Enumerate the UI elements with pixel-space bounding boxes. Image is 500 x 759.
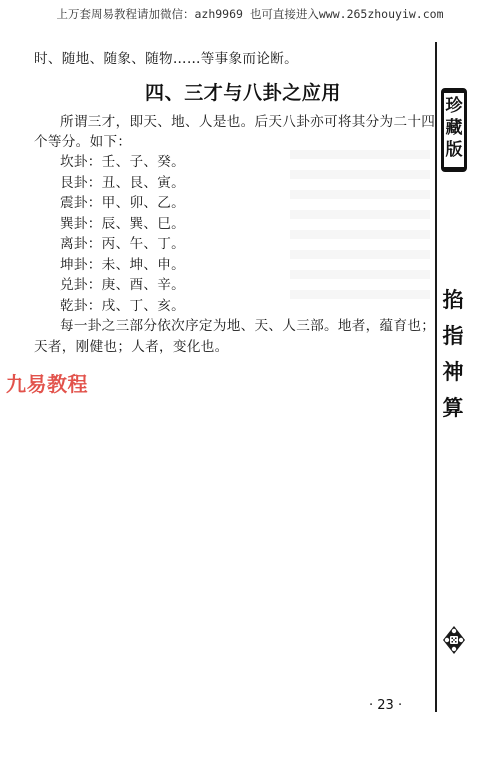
book-title-vertical: 掐 指 神 算 bbox=[440, 282, 466, 426]
watermark-banner: 上万套周易教程请加微信：azh9969 也可直接进入www.265zhouyiw… bbox=[0, 6, 500, 22]
endless-knot-ornament-icon bbox=[440, 625, 468, 655]
paper-bleed-through bbox=[290, 150, 430, 300]
book-title-char: 神 bbox=[440, 354, 466, 390]
margin-vertical-rule bbox=[435, 42, 437, 712]
page-number: · 23 · bbox=[369, 698, 402, 713]
edition-char: 藏 bbox=[444, 117, 464, 139]
book-title-char: 算 bbox=[440, 390, 466, 426]
trigram-line-zhen: 震卦：甲、卯、乙。 bbox=[60, 191, 185, 211]
edition-char: 版 bbox=[444, 139, 464, 161]
trigram-line-li: 离卦：丙、午、丁。 bbox=[60, 232, 185, 252]
book-title-char: 指 bbox=[440, 318, 466, 354]
trigram-line-kan: 坎卦：壬、子、癸。 bbox=[60, 150, 185, 170]
edition-label: 珍 藏 版 bbox=[444, 95, 464, 161]
closing-paragraph-line-2: 天者，刚健也；人者，变化也。 bbox=[34, 335, 229, 355]
intro-paragraph-line-2: 个等分。如下： bbox=[34, 130, 131, 150]
trigram-line-gen: 艮卦：丑、艮、寅。 bbox=[60, 171, 185, 191]
section-heading: 四、三才与八卦之应用 bbox=[145, 78, 341, 105]
edition-badge: 珍 藏 版 bbox=[441, 88, 467, 172]
watermark-logo-text: 九易教程 bbox=[6, 368, 88, 397]
trigram-line-dui: 兑卦：庚、酉、辛。 bbox=[60, 273, 185, 293]
trigram-line-xun: 巽卦：辰、巽、巳。 bbox=[60, 212, 185, 232]
trigram-line-qian: 乾卦：戌、丁、亥。 bbox=[60, 294, 185, 314]
trigram-line-kun: 坤卦：未、坤、申。 bbox=[60, 253, 185, 273]
edition-char: 珍 bbox=[444, 95, 464, 117]
continuation-text: 时、随地、随象、随物……等事象而论断。 bbox=[34, 47, 298, 67]
closing-paragraph-line-1: 每一卦之三部分依次序定为地、天、人三部。地者，蕴育也； bbox=[60, 314, 435, 334]
book-title-char: 掐 bbox=[440, 282, 466, 318]
intro-paragraph-line-1: 所谓三才，即天、地、人是也。后天八卦亦可将其分为二十四 bbox=[60, 110, 435, 130]
